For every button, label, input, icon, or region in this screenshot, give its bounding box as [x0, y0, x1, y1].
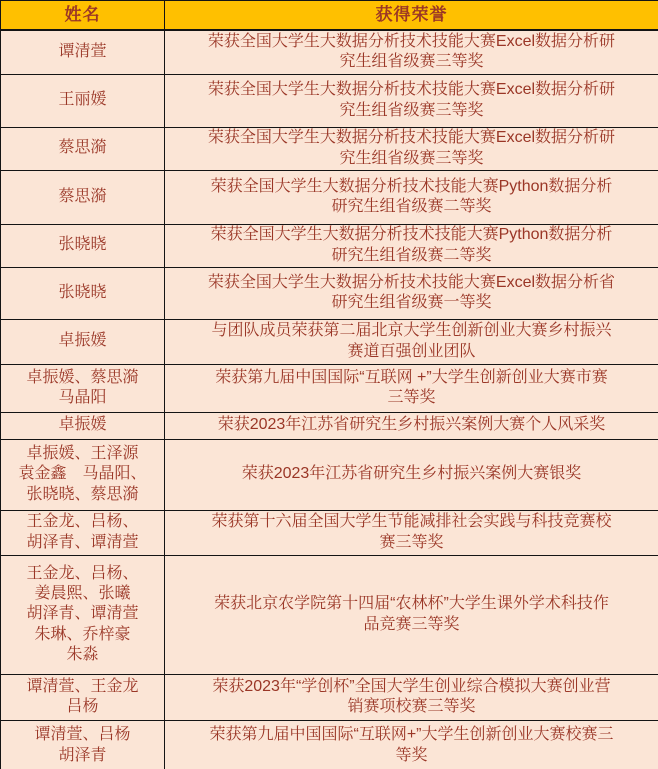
- table-row: 卓振媛、王泽源 袁金鑫 马晶阳、 张晓晓、蔡思漪 荣获2023年江苏省研究生乡村…: [1, 439, 658, 510]
- honor-cell: 荣获2023年江苏省研究生乡村振兴案例大赛银奖: [165, 439, 658, 510]
- table-row: 张晓晓 荣获全国大学生大数据分析技术技能大赛Excel数据分析省 研究生组省级赛…: [1, 267, 658, 319]
- table-row: 王金龙、吕杨、 胡泽青、谭清萱 荣获第十六届全国大学生节能减排社会实践与科技竞赛…: [1, 510, 658, 555]
- name-cell: 卓振媛: [1, 319, 165, 364]
- name-cell: 卓振媛、王泽源 袁金鑫 马晶阳、 张晓晓、蔡思漪: [1, 439, 165, 510]
- header-row: 姓名 获得荣誉: [1, 1, 658, 31]
- name-cell: 卓振媛: [1, 412, 165, 439]
- name-cell: 谭清萱、吕杨 胡泽青: [1, 720, 165, 769]
- name-cell: 王丽媛: [1, 74, 165, 127]
- name-column-header: 姓名: [1, 1, 165, 31]
- table-row: 谭清萱 荣获全国大学生大数据分析技术技能大赛Excel数据分析研 究生组省级赛三…: [1, 30, 658, 74]
- table-row: 蔡思漪 荣获全国大学生大数据分析技术技能大赛Excel数据分析研 究生组省级赛三…: [1, 127, 658, 170]
- honor-column-header: 获得荣誉: [165, 1, 658, 31]
- name-cell: 卓振媛、蔡思漪 马晶阳: [1, 364, 165, 412]
- name-cell: 蔡思漪: [1, 127, 165, 170]
- honor-cell: 荣获第九届中国国际“互联网 +”大学生创新创业大赛市赛 三等奖: [165, 364, 658, 412]
- table-row: 谭清萱、吕杨 胡泽青 荣获第九届中国国际“互联网+”大学生创新创业大赛校赛三 等…: [1, 720, 658, 769]
- table-row: 张晓晓 荣获全国大学生大数据分析技术技能大赛Python数据分析 研究生组省级赛…: [1, 224, 658, 267]
- name-cell: 谭清萱: [1, 30, 165, 74]
- honor-cell: 荣获全国大学生大数据分析技术技能大赛Python数据分析 研究生组省级赛二等奖: [165, 224, 658, 267]
- table-row: 王金龙、吕杨、 姜晨熙、张曦 胡泽青、谭清萱 朱琳、乔梓豪 朱淼 荣获北京农学院…: [1, 555, 658, 674]
- honors-table: 姓名 获得荣誉 谭清萱 荣获全国大学生大数据分析技术技能大赛Excel数据分析研…: [0, 0, 658, 769]
- name-cell: 张晓晓: [1, 224, 165, 267]
- honor-cell: 荣获全国大学生大数据分析技术技能大赛Excel数据分析研 究生组省级赛三等奖: [165, 127, 658, 170]
- honor-cell: 荣获第九届中国国际“互联网+”大学生创新创业大赛校赛三 等奖: [165, 720, 658, 769]
- table-row: 卓振媛 荣获2023年江苏省研究生乡村振兴案例大赛个人风采奖: [1, 412, 658, 439]
- honor-cell: 荣获第十六届全国大学生节能减排社会实践与科技竞赛校 赛三等奖: [165, 510, 658, 555]
- name-cell: 王金龙、吕杨、 姜晨熙、张曦 胡泽青、谭清萱 朱琳、乔梓豪 朱淼: [1, 555, 165, 674]
- name-cell: 蔡思漪: [1, 170, 165, 224]
- table-row: 谭清萱、王金龙 吕杨 荣获2023年“学创杯”全国大学生创业综合模拟大赛创业营 …: [1, 674, 658, 720]
- honor-cell: 荣获全国大学生大数据分析技术技能大赛Excel数据分析研 究生组省级赛三等奖: [165, 30, 658, 74]
- table-row: 卓振媛、蔡思漪 马晶阳 荣获第九届中国国际“互联网 +”大学生创新创业大赛市赛 …: [1, 364, 658, 412]
- honor-cell: 荣获2023年“学创杯”全国大学生创业综合模拟大赛创业营 销赛项校赛三等奖: [165, 674, 658, 720]
- honor-cell: 与团队成员荣获第二届北京大学生创新创业大赛乡村振兴 赛道百强创业团队: [165, 319, 658, 364]
- page: 姓名 获得荣誉 谭清萱 荣获全国大学生大数据分析技术技能大赛Excel数据分析研…: [0, 0, 658, 769]
- honor-cell: 荣获2023年江苏省研究生乡村振兴案例大赛个人风采奖: [165, 412, 658, 439]
- honor-cell: 荣获全国大学生大数据分析技术技能大赛Python数据分析 研究生组省级赛二等奖: [165, 170, 658, 224]
- name-cell: 谭清萱、王金龙 吕杨: [1, 674, 165, 720]
- table-row: 蔡思漪 荣获全国大学生大数据分析技术技能大赛Python数据分析 研究生组省级赛…: [1, 170, 658, 224]
- honor-cell: 荣获北京农学院第十四届“农林杯”大学生课外学术科技作 品竞赛三等奖: [165, 555, 658, 674]
- table-row: 王丽媛 荣获全国大学生大数据分析技术技能大赛Excel数据分析研 究生组省级赛三…: [1, 74, 658, 127]
- honor-cell: 荣获全国大学生大数据分析技术技能大赛Excel数据分析省 研究生组省级赛一等奖: [165, 267, 658, 319]
- name-cell: 张晓晓: [1, 267, 165, 319]
- table-row: 卓振媛 与团队成员荣获第二届北京大学生创新创业大赛乡村振兴 赛道百强创业团队: [1, 319, 658, 364]
- name-cell: 王金龙、吕杨、 胡泽青、谭清萱: [1, 510, 165, 555]
- honor-cell: 荣获全国大学生大数据分析技术技能大赛Excel数据分析研 究生组省级赛三等奖: [165, 74, 658, 127]
